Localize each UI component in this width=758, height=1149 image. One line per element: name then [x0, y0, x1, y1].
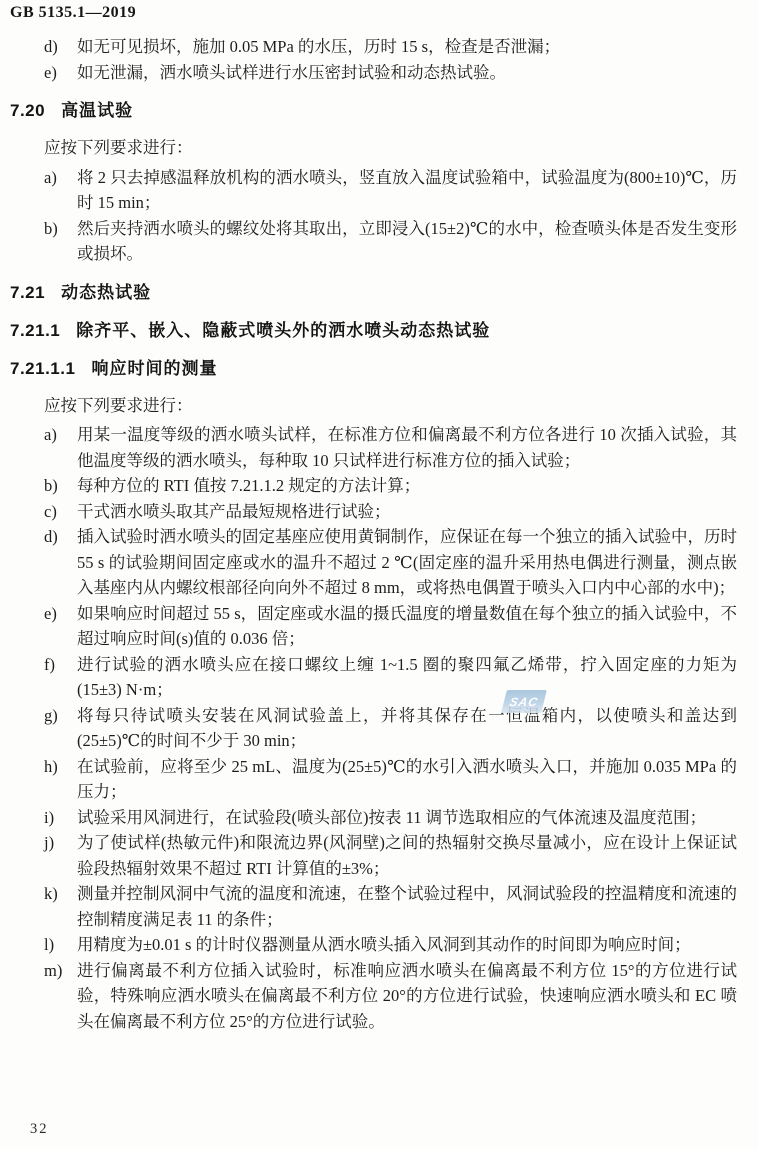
list-item-k: k)测量并控制风洞中气流的温度和流速，在整个试验过程中，风洞试验段的控温精度和流…	[0, 881, 758, 932]
list-item-text: 每种方位的 RTI 值按 7.21.1.2 规定的方法计算；	[77, 476, 420, 495]
list-item-label: b)	[44, 473, 58, 499]
list-item-label: g)	[44, 703, 58, 729]
section-title: 响应时间的测量	[91, 359, 217, 378]
section-number: 7.21	[10, 283, 45, 302]
section-number: 7.21.1	[10, 321, 60, 340]
list-item-text: 试验采用风洞进行，在试验段(喷头部位)按表 11 调节选取相应的气体流速及温度范…	[77, 808, 706, 827]
list-item-c: c)干式洒水喷头取其产品最短规格进行试验；	[0, 499, 758, 525]
list-item-label: l)	[44, 932, 54, 958]
list-item-e: e)如无泄漏，洒水喷头试样进行水压密封试验和动态热试验。	[0, 60, 758, 86]
list-item-text: 用精度为±0.01 s 的计时仪器测量从洒水喷头插入风洞到其动作的时间即为响应时…	[77, 935, 691, 954]
list-item-d: d)如无可见损坏，施加 0.05 MPa 的水压，历时 15 s，检查是否泄漏；	[0, 34, 758, 60]
list-item-j: j)为了使试样(热敏元件)和限流边界(风洞壁)之间的热辐射交换尽量减小，应在设计…	[0, 830, 758, 881]
running-header: GB 5135.1—2019	[10, 4, 136, 22]
list-item-text: 插入试验时洒水喷头的固定基座应使用黄铜制作，应保证在每一个独立的插入试验中，历时…	[77, 527, 737, 597]
list-item-text: 测量并控制风洞中气流的温度和流速，在整个试验过程中，风洞试验段的控温精度和流速的…	[77, 884, 737, 929]
section-heading-7.21.1.1: 7.21.1.1响应时间的测量	[10, 357, 758, 381]
page-number: 32	[30, 1121, 49, 1138]
list-item-f: f)进行试验的洒水喷头应在接口螺纹上缠 1~1.5 圈的聚四氟乙烯带，拧入固定座…	[0, 652, 758, 703]
list-item-label: c)	[44, 499, 57, 525]
list-item-label: a)	[44, 165, 57, 191]
paragraph: 应按下列要求进行：	[0, 393, 758, 419]
list-item-text: 如无泄漏，洒水喷头试样进行水压密封试验和动态热试验。	[77, 63, 506, 82]
section-heading-7.21: 7.21动态热试验	[10, 281, 758, 305]
document-body: d)如无可见损坏，施加 0.05 MPa 的水压，历时 15 s，检查是否泄漏；…	[0, 30, 758, 1034]
ordered-list: a)用某一温度等级的洒水喷头试样，在标准方位和偏离最不利方位各进行 10 次插入…	[0, 422, 758, 1034]
list-item-text: 如无可见损坏，施加 0.05 MPa 的水压，历时 15 s，检查是否泄漏；	[77, 37, 560, 56]
document-page: GB 5135.1—2019 d)如无可见损坏，施加 0.05 MPa 的水压，…	[0, 0, 758, 1149]
list-item-a: a)用某一温度等级的洒水喷头试样，在标准方位和偏离最不利方位各进行 10 次插入…	[0, 422, 758, 473]
list-item-label: j)	[44, 830, 54, 856]
list-item-h: h)在试验前，应将至少 25 mL、温度为(25±5)℃的水引入洒水喷头入口，并…	[0, 754, 758, 805]
list-item-text: 将每只待试喷头安装在风洞试验盖上，并将其保存在一恒温箱内，以使喷头和盖达到(25…	[77, 706, 737, 751]
list-item-text: 干式洒水喷头取其产品最短规格进行试验；	[77, 502, 391, 521]
list-item-d: d)插入试验时洒水喷头的固定基座应使用黄铜制作，应保证在每一个独立的插入试验中，…	[0, 524, 758, 601]
list-item-text: 进行试验的洒水喷头应在接口螺纹上缠 1~1.5 圈的聚四氟乙烯带，拧入固定座的力…	[77, 655, 737, 700]
section-heading-7.20: 7.20高温试验	[10, 99, 758, 123]
list-item-e: e)如果响应时间超过 55 s，固定座或水温的摄氏温度的增量数值在每个独立的插入…	[0, 601, 758, 652]
section-number: 7.20	[10, 101, 45, 120]
sac-watermark-text: SAC	[508, 695, 540, 709]
list-item-b: b)每种方位的 RTI 值按 7.21.1.2 规定的方法计算；	[0, 473, 758, 499]
ordered-list: a)将 2 只去掉感温释放机构的洒水喷头，竖直放入温度试验箱中，试验温度为(80…	[0, 165, 758, 267]
list-item-label: m)	[44, 958, 62, 984]
list-item-g: g)将每只待试喷头安装在风洞试验盖上，并将其保存在一恒温箱内，以使喷头和盖达到(…	[0, 703, 758, 754]
paragraph: 应按下列要求进行：	[0, 135, 758, 161]
list-item-text: 将 2 只去掉感温释放机构的洒水喷头，竖直放入温度试验箱中，试验温度为(800±…	[77, 168, 737, 213]
ordered-list: d)如无可见损坏，施加 0.05 MPa 的水压，历时 15 s，检查是否泄漏；…	[0, 34, 758, 85]
section-heading-7.21.1: 7.21.1除齐平、嵌入、隐蔽式喷头外的洒水喷头动态热试验	[10, 319, 758, 343]
list-item-m: m)进行偏离最不利方位插入试验时，标准响应洒水喷头在偏离最不利方位 15°的方位…	[0, 958, 758, 1035]
list-item-label: a)	[44, 422, 57, 448]
list-item-text: 进行偏离最不利方位插入试验时，标准响应洒水喷头在偏离最不利方位 15°的方位进行…	[77, 961, 737, 1031]
list-item-label: e)	[44, 60, 57, 86]
list-item-label: i)	[44, 805, 54, 831]
list-item-label: e)	[44, 601, 57, 627]
list-item-a: a)将 2 只去掉感温释放机构的洒水喷头，竖直放入温度试验箱中，试验温度为(80…	[0, 165, 758, 216]
list-item-label: d)	[44, 524, 58, 550]
list-item-label: h)	[44, 754, 58, 780]
list-item-label: d)	[44, 34, 58, 60]
list-item-i: i)试验采用风洞进行，在试验段(喷头部位)按表 11 调节选取相应的气体流速及温…	[0, 805, 758, 831]
section-title: 动态热试验	[61, 283, 151, 302]
list-item-l: l)用精度为±0.01 s 的计时仪器测量从洒水喷头插入风洞到其动作的时间即为响…	[0, 932, 758, 958]
list-item-text: 如果响应时间超过 55 s，固定座或水温的摄氏温度的增量数值在每个独立的插入试验…	[77, 604, 737, 649]
section-title: 除齐平、嵌入、隐蔽式喷头外的洒水喷头动态热试验	[76, 321, 490, 340]
section-title: 高温试验	[61, 101, 133, 120]
sac-watermark: SAC	[501, 690, 547, 713]
list-item-text: 在试验前，应将至少 25 mL、温度为(25±5)℃的水引入洒水喷头入口，并施加…	[77, 757, 737, 802]
list-item-text: 用某一温度等级的洒水喷头试样，在标准方位和偏离最不利方位各进行 10 次插入试验…	[77, 425, 737, 470]
list-item-label: k)	[44, 881, 58, 907]
list-item-b: b)然后夹持洒水喷头的螺纹处将其取出，立即浸入(15±2)℃的水中，检查喷头体是…	[0, 216, 758, 267]
section-number: 7.21.1.1	[10, 359, 75, 378]
list-item-text: 为了使试样(热敏元件)和限流边界(风洞壁)之间的热辐射交换尽量减小，应在设计上保…	[77, 833, 737, 878]
list-item-label: b)	[44, 216, 58, 242]
list-item-label: f)	[44, 652, 55, 678]
list-item-text: 然后夹持洒水喷头的螺纹处将其取出，立即浸入(15±2)℃的水中，检查喷头体是否发…	[77, 219, 737, 264]
